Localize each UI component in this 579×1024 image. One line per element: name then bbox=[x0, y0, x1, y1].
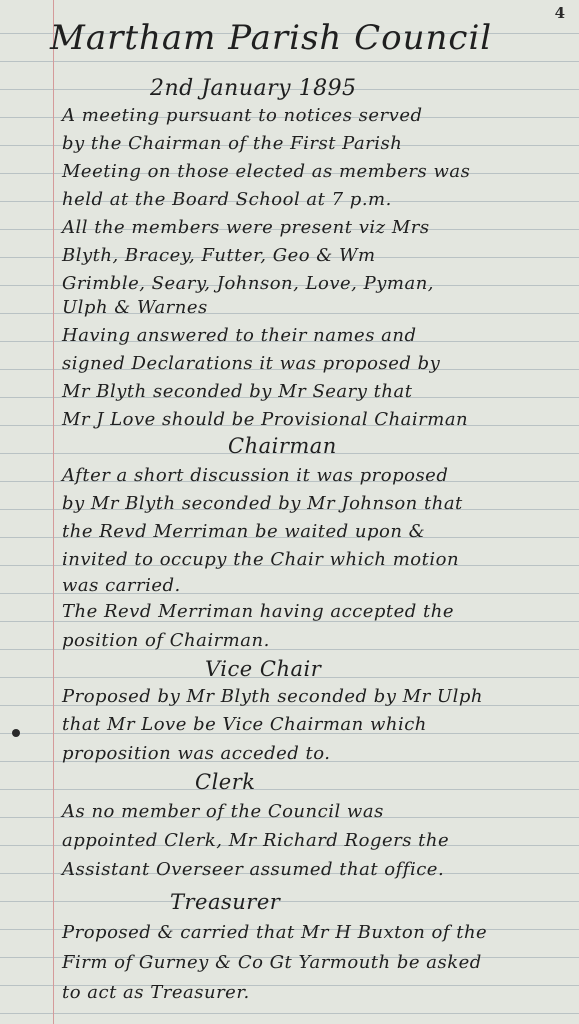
text-line: signed Declarations it was proposed by bbox=[62, 353, 440, 374]
text-line: invited to occupy the Chair which motion bbox=[62, 549, 459, 570]
text-line: appointed Clerk, Mr Richard Rogers the bbox=[62, 830, 449, 851]
ledger-page: 4 Martham Parish Council 2nd January 189… bbox=[0, 0, 579, 1024]
text-line: A meeting pursuant to notices served bbox=[62, 105, 423, 126]
margin-rule bbox=[53, 0, 54, 1024]
text-line: As no member of the Council was bbox=[62, 801, 384, 822]
page-number: 4 bbox=[555, 4, 565, 22]
text-line: The Revd Merriman having accepted the bbox=[62, 601, 454, 622]
meeting-date: 2nd January 1895 bbox=[150, 76, 357, 101]
text-line: Grimble, Seary, Johnson, Love, Pyman, bbox=[62, 273, 434, 294]
text-line: Firm of Gurney & Co Gt Yarmouth be asked bbox=[62, 952, 482, 973]
text-line: Proposed by Mr Blyth seconded by Mr Ulph bbox=[62, 686, 483, 707]
text-line: Proposed & carried that Mr H Buxton of t… bbox=[62, 922, 487, 943]
text-line: Assistant Overseer assumed that office. bbox=[62, 859, 444, 880]
text-line: that Mr Love be Vice Chairman which bbox=[62, 714, 427, 735]
text-line: to act as Treasurer. bbox=[62, 982, 250, 1003]
text-line: proposition was acceded to. bbox=[62, 743, 331, 764]
text-line: Mr Blyth seconded by Mr Seary that bbox=[62, 381, 412, 402]
section-heading-clerk: Clerk bbox=[195, 770, 255, 794]
text-line: Mr J Love should be Provisional Chairman bbox=[62, 409, 468, 430]
text-line: After a short discussion it was proposed bbox=[62, 465, 448, 486]
text-line: Blyth, Bracey, Futter, Geo & Wm bbox=[62, 245, 376, 266]
text-line: was carried. bbox=[62, 575, 181, 596]
text-line: Having answered to their names and bbox=[62, 325, 417, 346]
text-line: held at the Board School at 7 p.m. bbox=[62, 189, 392, 210]
text-line: Meeting on those elected as members was bbox=[62, 161, 470, 182]
text-line: by Mr Blyth seconded by Mr Johnson that bbox=[62, 493, 463, 514]
text-line: Ulph & Warnes bbox=[62, 297, 208, 318]
section-heading-treasurer: Treasurer bbox=[170, 890, 280, 914]
text-line: All the members were present viz Mrs bbox=[62, 217, 430, 238]
section-heading-chairman: Chairman bbox=[228, 434, 337, 458]
text-line: by the Chairman of the First Parish bbox=[62, 133, 402, 154]
ink-blot bbox=[12, 729, 20, 737]
document-title: Martham Parish Council bbox=[50, 18, 492, 58]
text-line: position of Chairman. bbox=[62, 630, 270, 651]
text-line: the Revd Merriman be waited upon & bbox=[62, 521, 425, 542]
section-heading-vice-chair: Vice Chair bbox=[205, 657, 321, 681]
